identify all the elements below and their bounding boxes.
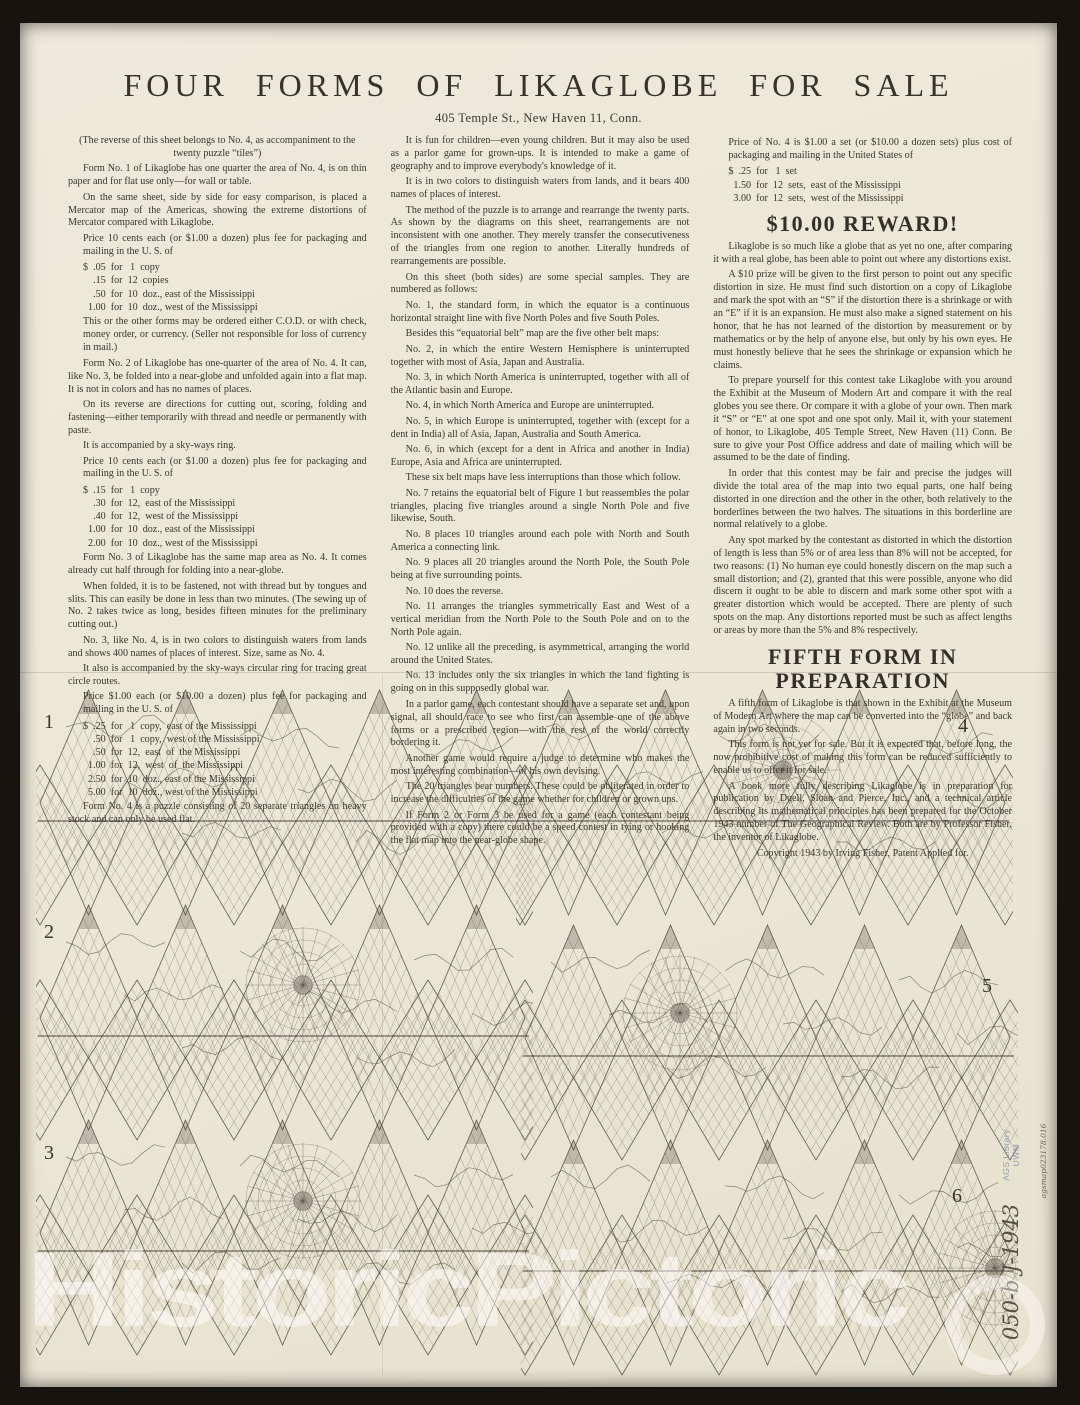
paragraph: No. 12 unlike all the preceding, is asym… (391, 642, 690, 668)
paragraph: This form is not yet for sale. But it is… (713, 739, 1012, 778)
paragraph: To prepare yourself for this contest tak… (713, 375, 1012, 465)
paragraph: No. 5, in which Europe is uninterrupted,… (391, 416, 690, 442)
paragraph: Price 10 cents each (or $1.00 a dozen) p… (68, 233, 367, 259)
page-title: FOUR FORMS OF LIKAGLOBE FOR SALE (20, 67, 1057, 104)
paragraph: Price of No. 4 is $1.00 a set (or $10.00… (713, 137, 1012, 163)
paragraph: A book more fully describing Likaglobe i… (713, 781, 1012, 846)
paragraph: No. 6, in which (except for a dent in Af… (391, 444, 690, 470)
paragraph: If Form 2 or Form 3 be used for a game (… (391, 810, 690, 849)
paragraph: In a parlor game, each contestant should… (391, 699, 690, 751)
paragraph: Form No. 4 is a puzzle consisting of 20 … (68, 801, 367, 827)
watermark-logo-circle (945, 1275, 1045, 1375)
paragraph: No. 8 places 10 triangles around each po… (391, 529, 690, 555)
figure-number-1: 1 (44, 711, 54, 734)
paragraph: No. 4, in which North America and Europe… (391, 400, 690, 413)
paragraph: Form No. 1 of Likaglobe has one quarter … (68, 163, 367, 189)
paragraph: A $10 prize will be given to the first p… (713, 269, 1012, 372)
masthead: FOUR FORMS OF LIKAGLOBE FOR SALE 405 Tem… (20, 23, 1057, 126)
paragraph: When folded, it is to be fastened, not w… (68, 581, 367, 633)
paragraph: On its reverse are directions for cuttin… (68, 399, 367, 438)
paragraph: Any spot marked by the contestant as dis… (713, 535, 1012, 638)
page-subtitle: 405 Temple St., New Haven 11, Conn. (20, 111, 1057, 126)
watermark-text: HistoricPictoric (26, 1229, 1056, 1350)
paragraph: No. 9 places all 20 triangles around the… (391, 557, 690, 583)
paragraph: Form No. 2 of Likaglobe has one-quarter … (68, 358, 367, 397)
figure-number-3: 3 (44, 1142, 54, 1165)
figure-number-2: 2 (44, 921, 54, 944)
paragraph: Besides this “equatorial belt” map are t… (391, 328, 690, 341)
paragraph: Copyright 1943 by Irving Fisher, Patent … (713, 848, 1012, 861)
paragraph: These six belt maps have less interrupti… (391, 472, 690, 485)
paragraph: On the same sheet, side by side for easy… (68, 192, 367, 231)
paragraph: It is in two colors to distinguish water… (391, 176, 690, 202)
paragraph: $ .05 for 1 copy .15 for 12 copies .50 f… (68, 261, 367, 314)
paragraph: No. 1, the standard form, in which the e… (391, 300, 690, 326)
paragraph: This or the other forms may be ordered e… (68, 316, 367, 355)
column-left: (The reverse of this sheet belongs to No… (68, 135, 367, 863)
paragraph: Form No. 3 of Likaglobe has the same map… (68, 552, 367, 578)
paragraph: No. 13 includes only the six triangles i… (391, 670, 690, 696)
library-stamp: AGS Library UWM (1002, 1113, 1026, 1197)
paragraph: $ .25 for 1 set 1.50 for 12 sets, east o… (713, 165, 1012, 205)
paragraph: Price 10 cents each (or $1.00 a dozen) p… (68, 456, 367, 482)
paragraph: In order that this contest may be fair a… (713, 468, 1012, 533)
paragraph: $ .15 for 1 copy .30 for 12, east of the… (68, 484, 367, 550)
paragraph: No. 10 does the reverse. (391, 586, 690, 599)
paragraph: Another game would require a judge to de… (391, 753, 690, 779)
paragraph: On this sheet (both sides) are some spec… (391, 272, 690, 298)
paragraph: No. 11 arranges the triangles symmetrica… (391, 601, 690, 640)
paragraph: It is accompanied by a sky-ways ring. (68, 440, 367, 453)
column-middle: It is fun for children—even young childr… (391, 135, 690, 863)
figure-number-5: 5 (982, 975, 992, 998)
paragraph: No. 3, like No. 4, is in two colors to d… (68, 635, 367, 661)
paragraph: Price $1.00 each (or $10.00 a dozen) plu… (68, 691, 367, 717)
paragraph: Likaglobe is so much like a globe that a… (713, 241, 1012, 267)
section-heading: FIFTH FORM IN PREPARATION (713, 645, 1012, 693)
paragraph: No. 2, in which the entire Western Hemis… (391, 344, 690, 370)
paragraph: It is fun for children—even young childr… (391, 135, 690, 174)
accession-number-handwritten: agsmap023178.016 (1039, 1098, 1051, 1224)
figure-number-6: 6 (952, 1185, 962, 1208)
paragraph: $ .25 for 1 copy, east of the Mississipp… (68, 720, 367, 799)
column-right: Price of No. 4 is $1.00 a set (or $10.00… (713, 135, 1012, 863)
paragraph: No. 7 retains the equatorial belt of Fig… (391, 488, 690, 527)
scanned-sheet: FOUR FORMS OF LIKAGLOBE FOR SALE 405 Tem… (0, 0, 1080, 1405)
paragraph: The 20 triangles bear numbers. These cou… (391, 781, 690, 807)
paper: FOUR FORMS OF LIKAGLOBE FOR SALE 405 Tem… (20, 23, 1057, 1387)
section-heading: $10.00 REWARD! (713, 212, 1012, 236)
text-columns: (The reverse of this sheet belongs to No… (68, 135, 1012, 863)
paragraph: No. 3, in which North America is uninter… (391, 372, 690, 398)
paragraph: (The reverse of this sheet belongs to No… (68, 135, 367, 161)
paragraph: It also is accompanied by the sky-ways c… (68, 663, 367, 689)
fold-crease-horizontal (20, 672, 1057, 673)
paragraph: The method of the puzzle is to arrange a… (391, 205, 690, 270)
figure-number-4: 4 (958, 715, 968, 738)
